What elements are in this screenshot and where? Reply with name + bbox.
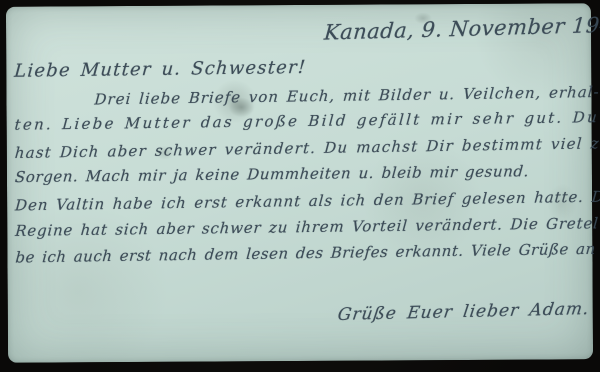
postcard: Kanada, 9. November 1943. Liebe Mutter u… bbox=[6, 3, 593, 363]
postcard-dateline: Kanada, 9. November 1943. bbox=[323, 13, 587, 44]
postcard-body-line: Sorgen. Mach mir ja keine Dummheiten u. … bbox=[14, 162, 529, 186]
postcard-body-line: Drei liebe Briefe von Euch, mit Bilder u… bbox=[94, 83, 600, 109]
postcard-body-line: Regine hat sich aber schwer zu ihrem Vor… bbox=[15, 214, 600, 240]
postcard-body-line: hast Dich aber schwer verändert. Du mach… bbox=[14, 134, 600, 162]
postcard-body-line: be ich auch erst nach dem lesen des Brie… bbox=[15, 239, 600, 266]
postcard-body-line: Den Valtin habe ich erst erkannt als ich… bbox=[14, 187, 600, 214]
photo-background: Kanada, 9. November 1943. Liebe Mutter u… bbox=[0, 0, 600, 372]
postcard-body-line: ten. Liebe Mutter das große Bild gefällt… bbox=[14, 108, 600, 134]
postcard-signature: Grüße Euer lieber Adam. bbox=[336, 299, 589, 325]
postcard-salutation: Liebe Mutter u. Schwester! bbox=[14, 57, 308, 82]
